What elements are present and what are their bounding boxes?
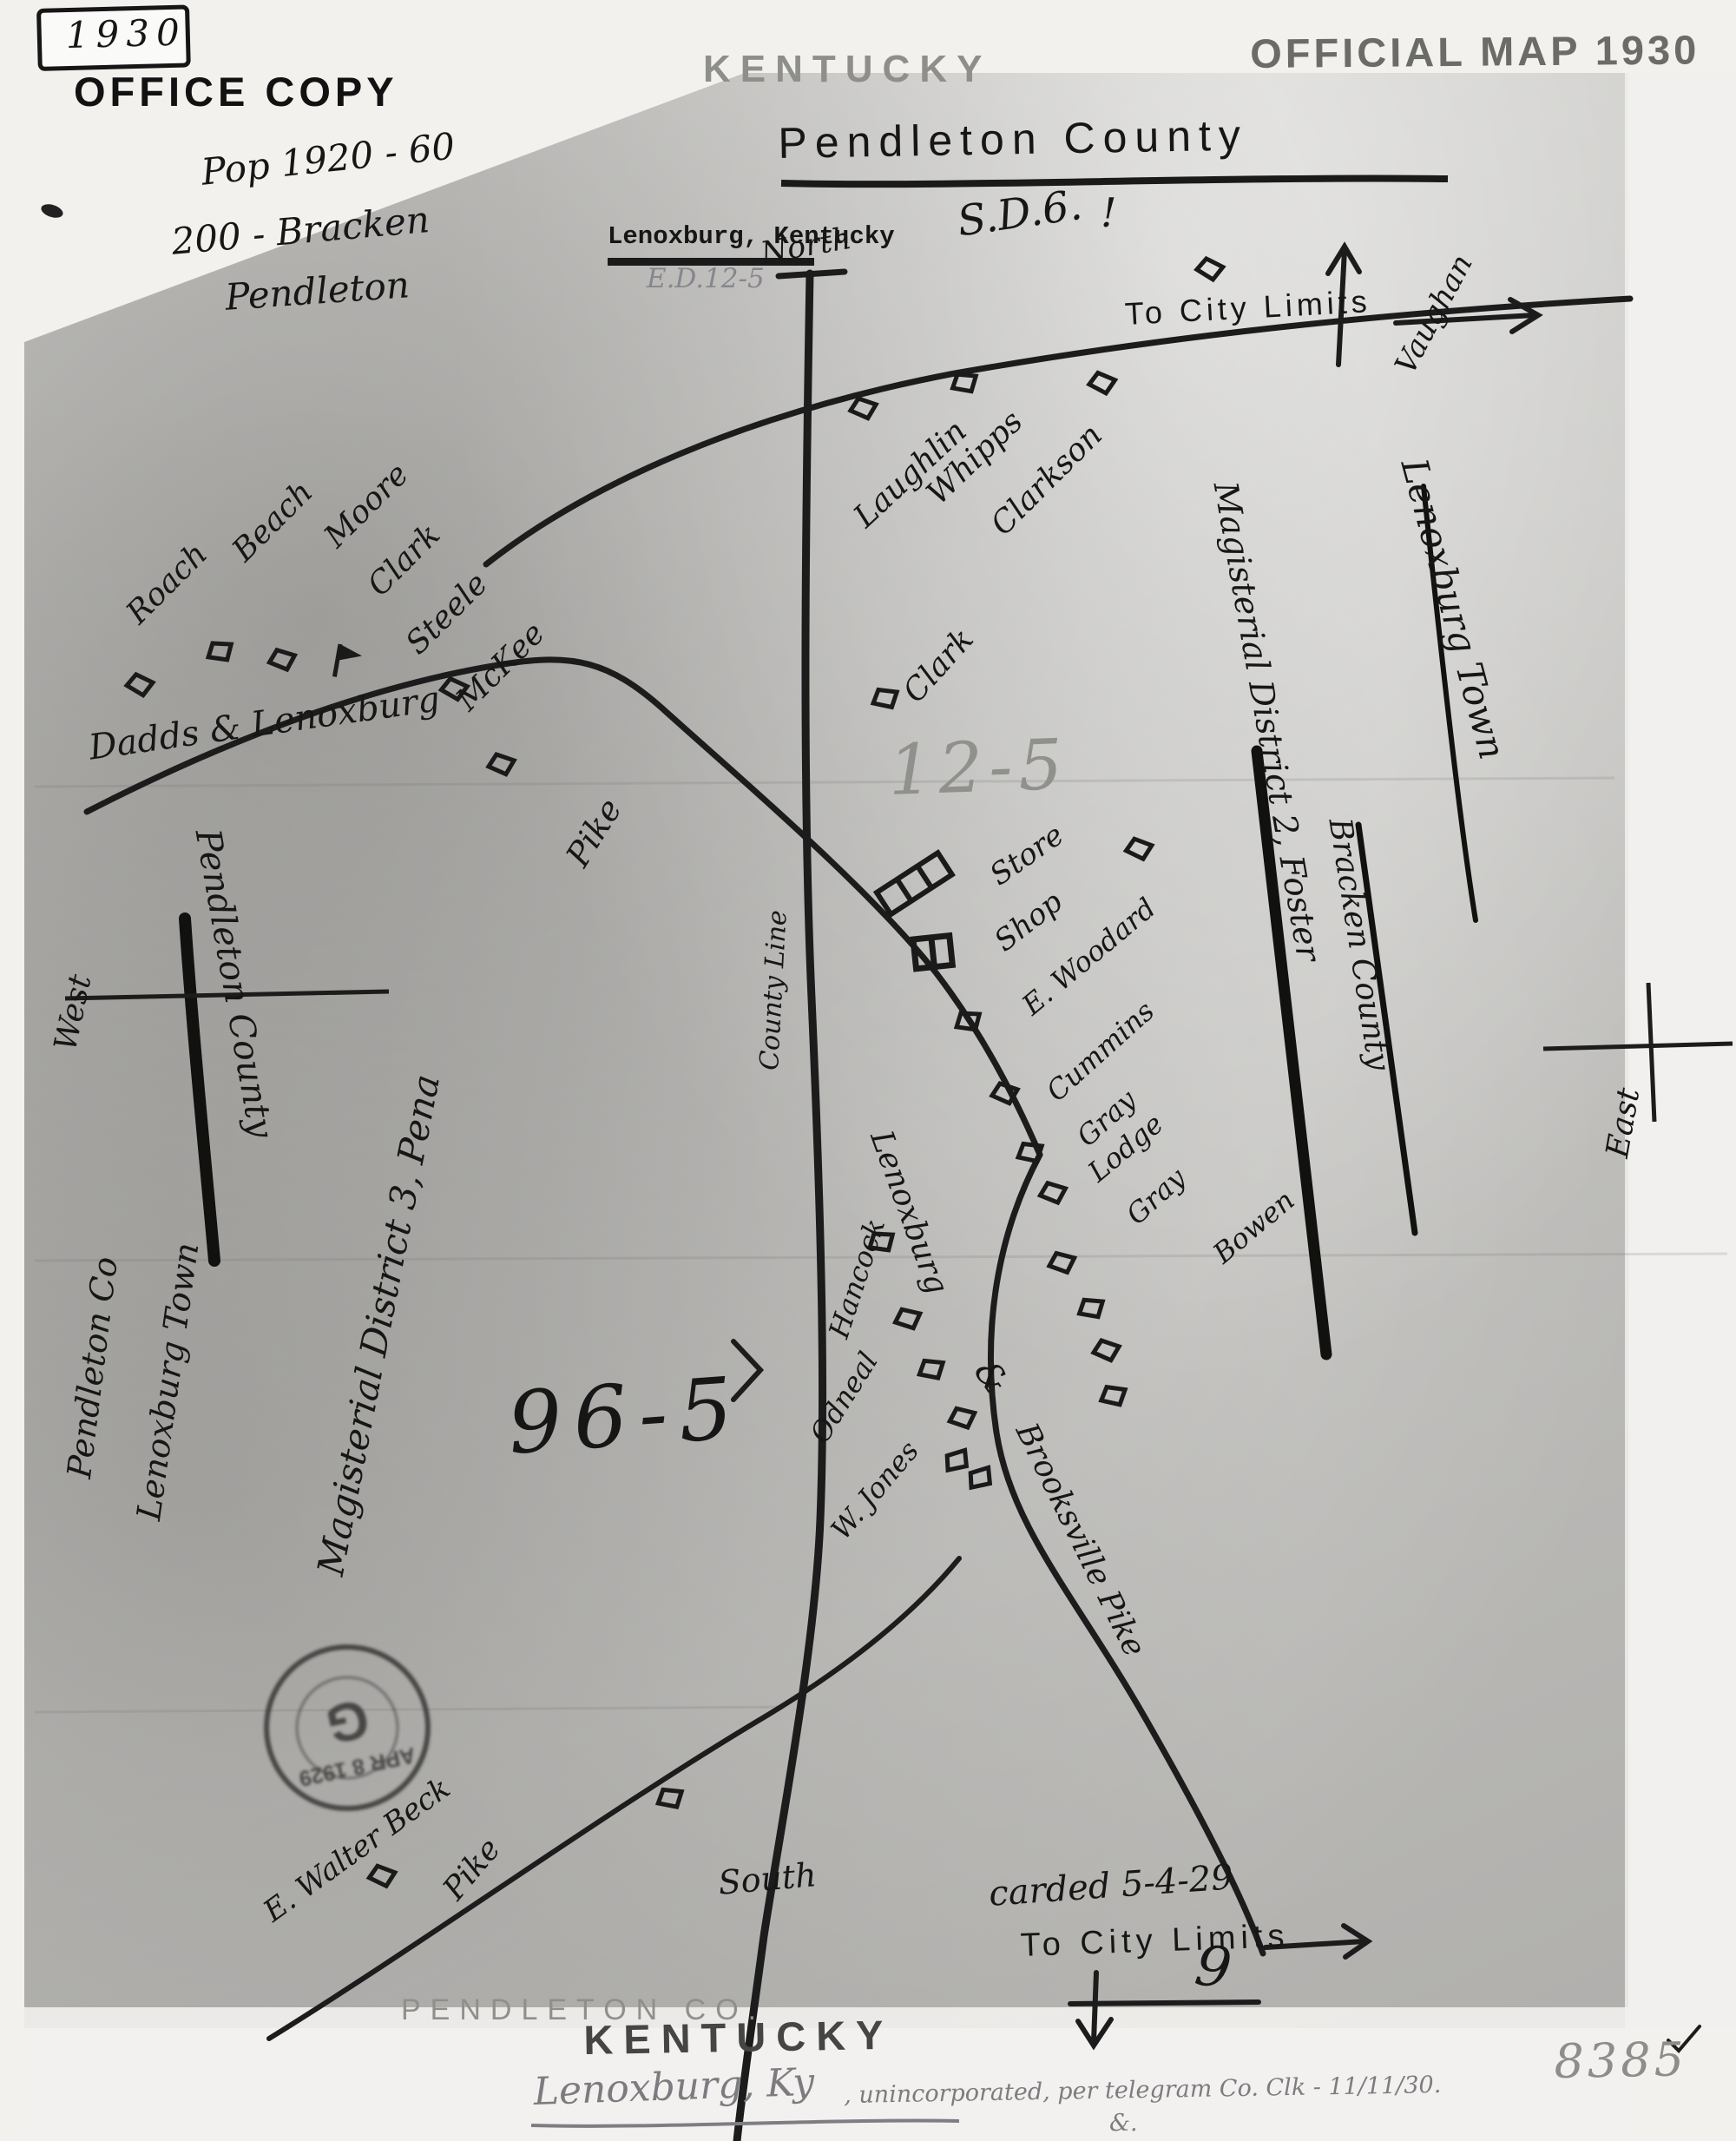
pendleton-heavy-stroke — [185, 919, 214, 1261]
lenoxburg-brooksville-pike — [990, 1155, 1263, 1953]
house-symbol — [126, 673, 154, 697]
office-copy-stamp: OFFICE COPY — [74, 71, 398, 112]
file-number: 8385 — [1554, 2036, 1687, 2085]
crosshairs — [65, 983, 1733, 1122]
footer-initials: &. — [1109, 2111, 1138, 2135]
house-symbol — [1195, 257, 1224, 281]
city-limits-bottom: To City Limits — [1020, 1920, 1290, 1962]
house-symbol — [951, 372, 977, 393]
year-box: 1930 — [36, 4, 191, 71]
house-symbol — [1078, 1298, 1104, 1319]
footer-place-note: Lenoxburg, Ky — [533, 2064, 815, 2111]
house-symbol — [1088, 372, 1116, 394]
bottom-road-edge — [1070, 2002, 1259, 2004]
census-stamp-letter: G — [321, 1688, 375, 1756]
kentucky-stamp-top: KENTUCKY — [703, 50, 991, 89]
house-symbol — [1093, 1340, 1120, 1361]
house-symbol — [872, 688, 898, 708]
house-symbol — [942, 1447, 972, 1475]
down-arrow-icon — [1078, 1973, 1111, 2045]
house-symbol — [1017, 1143, 1042, 1163]
house-symbol — [1049, 1253, 1075, 1273]
bottom-diagonal-road — [269, 1558, 959, 2039]
city-boundary-curve — [486, 299, 1630, 564]
house-symbol — [950, 1408, 975, 1427]
compass-south: South — [717, 1858, 818, 1900]
house-symbol — [1101, 1387, 1126, 1406]
year-label: 1930 — [65, 14, 187, 54]
house-symbol — [918, 1360, 944, 1380]
house-symbol — [1040, 1182, 1066, 1203]
county-title-underline — [781, 179, 1448, 185]
house-symbol — [1125, 838, 1152, 860]
house-symbol — [269, 649, 295, 670]
house-symbol — [207, 641, 233, 662]
flag-symbol — [334, 644, 363, 681]
ink-blot — [39, 201, 64, 220]
underlines — [531, 179, 1448, 2126]
exclamation-mark: ! — [1101, 193, 1117, 233]
footer-underline — [531, 2121, 959, 2126]
ed-number-pencil: E.D.12-5 — [647, 266, 765, 293]
road-top-tick — [779, 272, 845, 276]
house-symbol — [657, 1789, 683, 1808]
house-symbol — [965, 1465, 996, 1492]
county-title: Pendleton County — [778, 114, 1248, 165]
official-map-stamp: OFFICIAL MAP 1930 — [1250, 29, 1700, 74]
large-building-symbol — [877, 853, 952, 914]
kentucky-stamp-bottom: KENTUCKY — [583, 2014, 894, 2060]
ed-large-pendleton: 96-5 — [505, 1366, 746, 1467]
east-crosshair-v — [1648, 983, 1654, 1122]
house-symbol — [850, 398, 877, 419]
east-crosshair-h — [1543, 1044, 1733, 1049]
house-symbol — [368, 1865, 395, 1887]
ed-large-bracken: 12-5 — [887, 730, 1069, 806]
house-symbol — [895, 1309, 920, 1328]
house-symbol — [488, 754, 515, 775]
scanned-map-page: G APR 8 1929 1930 OFFICE COPY KENTUCKY O… — [0, 0, 1736, 2141]
